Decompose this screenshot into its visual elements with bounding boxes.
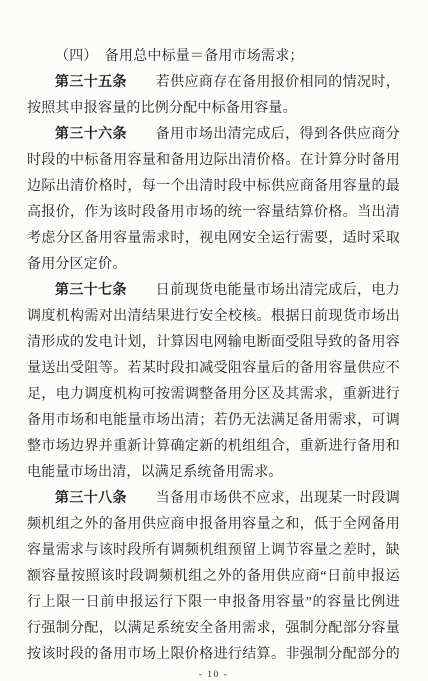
page-number: - 10 - <box>27 670 400 680</box>
text-line: 行强制分配，以满足系统安全备用需求，强制分配部分容量 <box>27 616 400 642</box>
text-line: 第三十八条 当备用市场供不应求，出现某一时段调 <box>27 486 400 512</box>
text-line: 边际出清价格时，每一个出清时段中标供应商备用容量的最 <box>27 174 400 200</box>
text-segment: 电能量市场出清，以满足系统备用需求。 <box>27 465 283 480</box>
text-segment: 足，电力调度机构可按需调整备用分区及其需求，重新进行 <box>27 387 400 402</box>
text-segment: 备用市场和电能量市场出清；若仍无法满足备用需求，可调 <box>27 413 400 428</box>
text-line: 时段的中标备用容量和备用边际出清价格。在计算分时备用 <box>27 148 400 174</box>
text-segment: 当备用市场供不应求，出现某一时段调 <box>127 491 400 506</box>
text-line: 电能量市场出清，以满足系统备用需求。 <box>27 460 400 486</box>
text-segment: 按该时段的备用市场上限价格进行结算。非强制分配部分的 <box>27 647 400 662</box>
text-line: 第三十六条 备用市场出清完成后，得到各供应商分 <box>27 122 400 148</box>
text-line: 量送出受阻等。若某时段扣减受阻容量后的备用容量供应不 <box>27 356 400 382</box>
text-segment: 清形成的发电计划，计算因电网输电断面受阻导致的备用容 <box>27 335 400 350</box>
text-segment: 若供应商存在备用报价相同的情况时， <box>127 75 400 90</box>
text-line: （四） 备用总中标量＝备用市场需求； <box>27 44 400 70</box>
document-body: （四） 备用总中标量＝备用市场需求；第三十五条 若供应商存在备用报价相同的情况时… <box>27 44 400 668</box>
text-segment: 量送出受阻等。若某时段扣减受阻容量后的备用容量供应不 <box>27 361 400 376</box>
text-segment: 考虑分区备用容量需求时，视电网安全运行需要，适时采取 <box>27 231 400 246</box>
text-segment: 行上限一日前申报运行下限一申报备用容量”的容量比例进 <box>27 595 400 610</box>
text-segment: 时段的中标备用容量和备用边际出清价格。在计算分时备用 <box>27 153 400 168</box>
document-page: （四） 备用总中标量＝备用市场需求；第三十五条 若供应商存在备用报价相同的情况时… <box>0 0 428 681</box>
text-segment: （四） 备用总中标量＝备用市场需求； <box>55 49 304 64</box>
article-number: 第三十五条 <box>55 75 127 90</box>
text-line: 容量需求与该时段所有调频机组预留上调节容量之差时，缺 <box>27 538 400 564</box>
text-line: 整市场边界并重新计算确定新的机组组合，重新进行备用和 <box>27 434 400 460</box>
text-line: 清形成的发电计划，计算因电网输电断面受阻导致的备用容 <box>27 330 400 356</box>
text-segment: 备用分区定价。 <box>27 257 126 272</box>
text-line: 第三十七条 日前现货电能量市场出清完成后，电力 <box>27 278 400 304</box>
text-line: 第三十五条 若供应商存在备用报价相同的情况时， <box>27 70 400 96</box>
text-line: 考虑分区备用容量需求时，视电网安全运行需要，适时采取 <box>27 226 400 252</box>
text-segment: 日前现货电能量市场出清完成后，电力 <box>127 283 400 298</box>
text-line: 备用分区定价。 <box>27 252 400 278</box>
text-segment: 边际出清价格时，每一个出清时段中标供应商备用容量的最 <box>27 179 400 194</box>
text-line: 按照其申报容量的比例分配中标备用容量。 <box>27 96 400 122</box>
text-line: 频机组之外的备用供应商申报备用容量之和，低于全网备用 <box>27 512 400 538</box>
text-segment: 备用市场出清完成后，得到各供应商分 <box>127 127 400 142</box>
text-segment: 高报价，作为该时段备用市场的统一容量结算价格。当出清 <box>27 205 400 220</box>
text-segment: 容量需求与该时段所有调频机组预留上调节容量之差时，缺 <box>27 543 400 558</box>
article-number: 第三十七条 <box>55 283 127 298</box>
text-line: 足，电力调度机构可按需调整备用分区及其需求，重新进行 <box>27 382 400 408</box>
text-segment: 调度机构需对出清结果进行安全校核。根据日前现货市场出 <box>27 309 400 324</box>
article-number: 第三十六条 <box>55 127 127 142</box>
text-segment: 额容量按照该时段调频机组之外的备用供应商“日前申报运 <box>27 569 400 584</box>
article-number: 第三十八条 <box>55 491 127 506</box>
text-segment: 行强制分配，以满足系统安全备用需求，强制分配部分容量 <box>27 621 400 636</box>
text-line: 备用市场和电能量市场出清；若仍无法满足备用需求，可调 <box>27 408 400 434</box>
text-segment: 整市场边界并重新计算确定新的机组组合，重新进行备用和 <box>27 439 400 454</box>
text-line: 调度机构需对出清结果进行安全校核。根据日前现货市场出 <box>27 304 400 330</box>
text-line: 额容量按照该时段调频机组之外的备用供应商“日前申报运 <box>27 564 400 590</box>
text-segment: 频机组之外的备用供应商申报备用容量之和，低于全网备用 <box>27 517 400 532</box>
text-line: 高报价，作为该时段备用市场的统一容量结算价格。当出清 <box>27 200 400 226</box>
text-line: 行上限一日前申报运行下限一申报备用容量”的容量比例进 <box>27 590 400 616</box>
text-segment: 按照其申报容量的比例分配中标备用容量。 <box>27 101 297 116</box>
text-line: 按该时段的备用市场上限价格进行结算。非强制分配部分的 <box>27 642 400 668</box>
